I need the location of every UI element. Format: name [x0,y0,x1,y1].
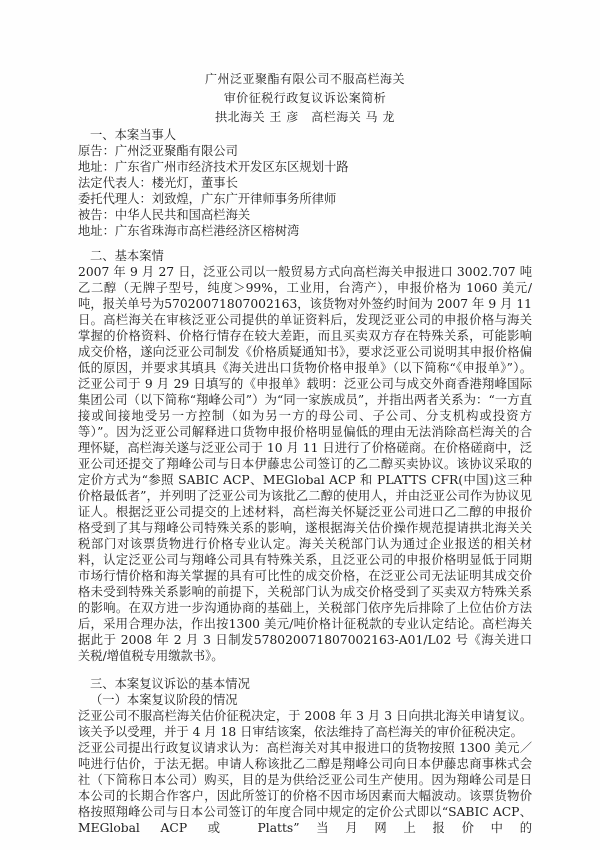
document-title-line-1: 广州泛亚聚酯有限公司不服高栏海关 [78,70,532,89]
section-parties: 一、本案当事人 原告：广州泛亚聚酯有限公司 地址：广东省广州市经济技术开发区东区… [78,127,532,239]
document-content: 广州泛亚聚酯有限公司不服高栏海关 审价征税行政复议诉讼案简析 拱北海关 王 彦 … [78,70,532,836]
section-review-paragraph-2: 泛亚公司提出行政复议请求认为：高栏海关对其申报进口的货物按照 1300 美元／吨… [78,740,532,836]
section-facts-heading: 二、基本案情 [78,248,532,264]
party-line-entrusted-agent: 委托代理人：刘致煌，广东广开律师事务所律师 [78,191,532,207]
section-gap [78,664,532,676]
section-facts: 二、基本案情 2007 年 9 月 27 日，泛亚公司以一般贸易方式向高栏海关申… [78,248,532,664]
document-authors: 拱北海关 王 彦 高栏海关 马 龙 [78,108,532,127]
section-review-subheading: （一）本案复议阶段的情况 [78,692,532,708]
party-line-plaintiff-address: 地址：广东省广州市经济技术开发区东区规划十路 [78,159,532,175]
section-review-paragraph-1: 泛亚公司不服高栏海关估价征税决定，于 2008 年 3 月 3 日向拱北海关申请… [78,708,532,740]
scanned-document-page: 广州泛亚聚酯有限公司不服高栏海关 审价征税行政复议诉讼案简析 拱北海关 王 彦 … [0,0,600,850]
party-line-defendant-address: 地址：广东省珠海市高栏港经济区榕树湾 [78,223,532,239]
party-line-defendant: 被告：中华人民共和国高栏海关 [78,207,532,223]
party-line-plaintiff: 原告：广州泛亚聚酯有限公司 [78,143,532,159]
section-parties-heading: 一、本案当事人 [78,127,532,143]
party-line-legal-representative: 法定代表人：楼光灯，董事长 [78,175,532,191]
section-review-heading: 三、本案复议诉讼的基本情况 [78,676,532,692]
document-title: 广州泛亚聚酯有限公司不服高栏海关 审价征税行政复议诉讼案简析 拱北海关 王 彦 … [78,70,532,127]
section-gap [78,239,532,248]
section-facts-body: 2007 年 9 月 27 日，泛亚公司以一般贸易方式向高栏海关申报进口 300… [78,264,532,664]
document-title-line-2: 审价征税行政复议诉讼案简析 [78,89,532,108]
section-review: 三、本案复议诉讼的基本情况 （一）本案复议阶段的情况 泛亚公司不服高栏海关估价征… [78,676,532,836]
